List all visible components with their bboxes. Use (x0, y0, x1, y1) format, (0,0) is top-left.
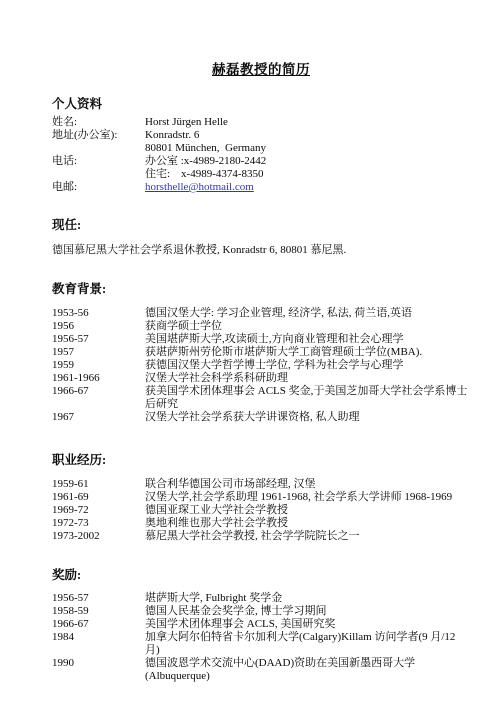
career-description: 德国亚琛工业大学社会学教授 (145, 504, 470, 517)
career-year: 1961-69 (52, 491, 145, 504)
career-heading: 职业经历: (52, 453, 470, 468)
education-description: 获德国汉堡大学哲学博士学位, 学科为社会学与心理学 (145, 359, 470, 372)
education-description: 汉堡大学社会科学系科研助理 (145, 372, 470, 385)
email-value-wrap: horsthelle@hotmail.com (145, 181, 470, 194)
award-row: 1956-57 堪萨斯大学, Fulbright 奖学金 (52, 592, 470, 605)
education-row: 1961-1966 汉堡大学社会科学系科研助理 (52, 372, 470, 385)
section-education: 教育背景: 1953-56 德国汉堡大学: 学习企业管理, 经济学, 私法, 荷… (52, 282, 470, 424)
education-year: 1966-67 (52, 385, 145, 398)
award-year: 1958-59 (52, 605, 145, 618)
education-year: 1967 (52, 411, 145, 424)
section-awards: 奖励: 1956-57 堪萨斯大学, Fulbright 奖学金 1958-59… (52, 568, 470, 683)
current-position-text: 德国慕尼黑大学社会学系退休教授, Konradstr 6, 80801 慕尼黑. (52, 244, 470, 257)
email-row: 电邮: horsthelle@hotmail.com (52, 181, 470, 194)
award-description: 德国人民基金会奖学金, 博士学习期间 (145, 605, 470, 618)
career-row: 1969-72 德国亚琛工业大学社会学教授 (52, 504, 470, 517)
section-career: 职业经历: 1959-61 联合利华德国公司市场部经理, 汉堡 1961-69 … (52, 453, 470, 543)
name-row: 姓名: Horst Jürgen Helle (52, 116, 470, 129)
personal-info-heading: 个人资料 (52, 97, 470, 112)
career-row: 1973-2002 慕尼黑大学社会学教授, 社会学学院院长之一 (52, 530, 470, 543)
section-current-position: 现任: 德国慕尼黑大学社会学系退休教授, Konradstr 6, 80801 … (52, 218, 470, 257)
education-description: 获美国学术团体理事会 ACLS 奖金,于美国芝加哥大学社会学系博士后研究 (145, 385, 470, 411)
education-description: 获商学硕士学位 (145, 320, 470, 333)
address-label: 地址(办公室): (52, 129, 145, 142)
award-row: 1984 加拿大阿尔伯特省卡尔加利大学(Calgary)Killam 访问学者(… (52, 631, 470, 657)
education-year: 1956-57 (52, 333, 145, 346)
education-description: 德国汉堡大学: 学习企业管理, 经济学, 私法, 荷兰语,英语 (145, 307, 470, 320)
awards-rows: 1956-57 堪萨斯大学, Fulbright 奖学金 1958-59 德国人… (52, 592, 470, 683)
section-personal-info: 个人资料 姓名: Horst Jürgen Helle 地址(办公室): Kon… (52, 97, 470, 194)
phone-row: 电话: 办公室 :x-4989-2180-2442 (52, 155, 470, 168)
education-row: 1953-56 德国汉堡大学: 学习企业管理, 经济学, 私法, 荷兰语,英语 (52, 307, 470, 320)
address-value-line1: Konradstr. 6 (145, 129, 470, 142)
career-description: 汉堡大学,社会学系助理 1961-1968, 社会学系大学讲师 1968-196… (145, 491, 470, 504)
career-row: 1972-73 奥地利维也那大学社会学教授 (52, 517, 470, 530)
career-description: 联合利华德国公司市场部经理, 汉堡 (145, 478, 470, 491)
name-value: Horst Jürgen Helle (145, 116, 470, 129)
career-description: 奥地利维也那大学社会学教授 (145, 517, 470, 530)
award-row: 1966-67 美国学术团体理事会 ACLS, 美国研究奖 (52, 618, 470, 631)
document-title: 赫磊教授的简历 (52, 62, 470, 78)
education-row: 1956 获商学硕士学位 (52, 320, 470, 333)
education-year: 1956 (52, 320, 145, 333)
awards-heading: 奖励: (52, 568, 470, 583)
education-year: 1957 (52, 346, 145, 359)
award-row: 1990 德国波恩学术交流中心(DAAD)资助在美国新墨西哥大学(Albuque… (52, 657, 470, 683)
education-year: 1959 (52, 359, 145, 372)
award-year: 1990 (52, 657, 145, 670)
address-value-line2: 80801 München, Germany (145, 142, 470, 155)
education-description: 美国堪萨斯大学,攻读硕士,方向商业管理和社会心理学 (145, 333, 470, 346)
name-label: 姓名: (52, 116, 145, 129)
education-row: 1957 获堪萨斯州劳伦斯市堪萨斯大学工商管理硕士学位(MBA). (52, 346, 470, 359)
career-description: 慕尼黑大学社会学教授, 社会学学院院长之一 (145, 530, 470, 543)
phone-label: 电话: (52, 155, 145, 168)
education-description: 汉堡大学社会学系获大学讲课资格, 私人助理 (145, 411, 470, 424)
email-link[interactable]: horsthelle@hotmail.com (145, 181, 254, 193)
education-row: 1966-67 获美国学术团体理事会 ACLS 奖金,于美国芝加哥大学社会学系博… (52, 385, 470, 411)
phone-office-value: 办公室 :x-4989-2180-2442 (145, 155, 470, 168)
award-description: 德国波恩学术交流中心(DAAD)资助在美国新墨西哥大学(Albuquerque) (145, 657, 470, 683)
career-rows: 1959-61 联合利华德国公司市场部经理, 汉堡 1961-69 汉堡大学,社… (52, 478, 470, 543)
phone-row-continued: 住宅: x-4989-4374-8350 (52, 168, 470, 181)
address-row: 地址(办公室): Konradstr. 6 (52, 129, 470, 142)
email-label: 电邮: (52, 181, 145, 194)
education-row: 1959 获德国汉堡大学哲学博士学位, 学科为社会学与心理学 (52, 359, 470, 372)
education-row: 1956-57 美国堪萨斯大学,攻读硕士,方向商业管理和社会心理学 (52, 333, 470, 346)
award-description: 堪萨斯大学, Fulbright 奖学金 (145, 592, 470, 605)
education-row: 1967 汉堡大学社会学系获大学讲课资格, 私人助理 (52, 411, 470, 424)
career-row: 1961-69 汉堡大学,社会学系助理 1961-1968, 社会学系大学讲师 … (52, 491, 470, 504)
award-year: 1966-67 (52, 618, 145, 631)
award-row: 1958-59 德国人民基金会奖学金, 博士学习期间 (52, 605, 470, 618)
resume-document: 赫磊教授的简历 个人资料 姓名: Horst Jürgen Helle 地址(办… (0, 0, 500, 707)
award-description: 美国学术团体理事会 ACLS, 美国研究奖 (145, 618, 470, 631)
career-year: 1969-72 (52, 504, 145, 517)
address-row-continued: 80801 München, Germany (52, 142, 470, 155)
career-year: 1959-61 (52, 478, 145, 491)
education-year: 1953-56 (52, 307, 145, 320)
award-description: 加拿大阿尔伯特省卡尔加利大学(Calgary)Killam 访问学者(9 月/1… (145, 631, 470, 657)
education-rows: 1953-56 德国汉堡大学: 学习企业管理, 经济学, 私法, 荷兰语,英语 … (52, 307, 470, 424)
award-year: 1956-57 (52, 592, 145, 605)
award-year: 1984 (52, 631, 145, 644)
career-year: 1973-2002 (52, 530, 145, 543)
personal-info-rows: 姓名: Horst Jürgen Helle 地址(办公室): Konradst… (52, 116, 470, 194)
education-heading: 教育背景: (52, 282, 470, 297)
current-position-heading: 现任: (52, 218, 470, 233)
education-description: 获堪萨斯州劳伦斯市堪萨斯大学工商管理硕士学位(MBA). (145, 346, 470, 359)
career-year: 1972-73 (52, 517, 145, 530)
career-row: 1959-61 联合利华德国公司市场部经理, 汉堡 (52, 478, 470, 491)
phone-home-value: 住宅: x-4989-4374-8350 (145, 168, 470, 181)
education-year: 1961-1966 (52, 372, 145, 385)
